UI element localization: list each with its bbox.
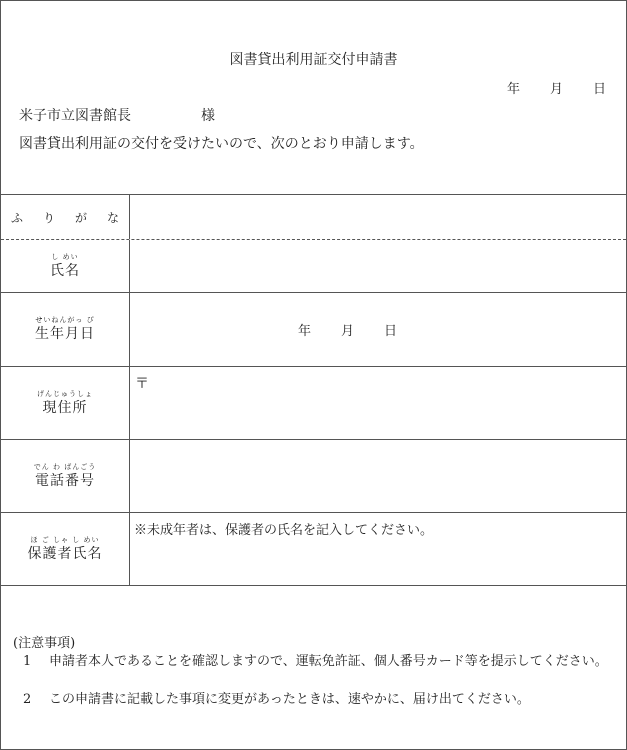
application-form: 図書貸出利用証交付申請書 年 月 日 米子市立図書館長 様 図書貸出利用証の交付… <box>0 0 627 750</box>
note-item: 2 この申請書に記載した事項に変更があったときは、速やかに、届け出てください。 <box>23 690 613 709</box>
row-guardian: ほ ご しゃ し めい 保護者氏名 ※未成年者は、保護者の氏名を記入してください… <box>1 512 626 585</box>
name-input[interactable] <box>130 240 626 292</box>
note-number: 1 <box>23 652 49 671</box>
birthdate-ruby: せいねんがっ ぴ <box>35 316 94 325</box>
note-number: 2 <box>23 690 49 709</box>
phone-input[interactable] <box>130 440 626 512</box>
address-label: 現住所 <box>43 399 88 417</box>
notes-section: (注意事項) 1 申請者本人であることを確認しますので、運転免許証、個人番号カー… <box>1 585 626 750</box>
date-year-label: 年 <box>507 78 520 97</box>
row-address: げんじゅうしょ 現住所 〒 <box>1 366 626 439</box>
date-day-label: 日 <box>593 78 606 97</box>
row-furigana: ふりがな <box>1 194 626 239</box>
guardian-label: 保護者氏名 <box>28 545 103 563</box>
row-phone: でん わ ばんごう 電話番号 <box>1 439 626 512</box>
guardian-label-cell: ほ ご しゃ し めい 保護者氏名 <box>1 513 130 585</box>
furigana-label: ふりがな <box>11 209 139 226</box>
row-birthdate: せいねんがっ ぴ 生年月日 年 月 日 <box>1 292 626 366</box>
birth-day-label: 日 <box>384 320 397 339</box>
date-month-label: 月 <box>550 78 563 97</box>
guardian-input[interactable]: ※未成年者は、保護者の氏名を記入してください。 <box>130 513 626 585</box>
note-item: 1 申請者本人であることを確認しますので、運転免許証、個人番号カード等を提示して… <box>23 652 613 671</box>
phone-ruby: でん わ ばんごう <box>34 463 96 472</box>
address-ruby: げんじゅうしょ <box>37 390 93 399</box>
name-label-cell: し めい 氏名 <box>1 240 130 292</box>
name-ruby: し めい <box>51 253 78 262</box>
birthdate-label-cell: せいねんがっ ぴ 生年月日 <box>1 293 130 366</box>
form-header: 図書貸出利用証交付申請書 年 月 日 米子市立図書館長 様 図書貸出利用証の交付… <box>1 1 626 194</box>
honorific: 様 <box>201 105 215 125</box>
name-label: 氏名 <box>50 262 80 280</box>
notes-title: (注意事項) <box>13 632 75 651</box>
application-date[interactable]: 年 月 日 <box>507 78 606 97</box>
birthdate-input[interactable]: 年 月 日 <box>130 293 626 366</box>
note-text: この申請書に記載した事項に変更があったときは、速やかに、届け出てください。 <box>49 690 613 709</box>
phone-label-cell: でん わ ばんごう 電話番号 <box>1 440 130 512</box>
row-name: し めい 氏名 <box>1 239 626 292</box>
birthdate-label: 生年月日 <box>35 325 95 343</box>
address-label-cell: げんじゅうしょ 現住所 <box>1 367 130 439</box>
guardian-note: ※未成年者は、保護者の氏名を記入してください。 <box>134 519 433 538</box>
birth-year-label: 年 <box>298 320 311 339</box>
furigana-input[interactable] <box>130 195 626 239</box>
phone-label: 電話番号 <box>35 472 95 490</box>
guardian-ruby: ほ ご しゃ し めい <box>31 536 100 545</box>
birth-month-label: 月 <box>341 320 354 339</box>
address-input[interactable]: 〒 <box>130 367 626 439</box>
furigana-label-cell: ふりがな <box>1 195 130 239</box>
addressee: 米子市立図書館長 様 <box>19 105 215 125</box>
note-text: 申請者本人であることを確認しますので、運転免許証、個人番号カード等を提示してくだ… <box>49 652 613 671</box>
addressee-name: 米子市立図書館長 <box>19 105 131 125</box>
intro-text: 図書貸出利用証の交付を受けたいので、次のとおり申請します。 <box>19 133 424 153</box>
form-title: 図書貸出利用証交付申請書 <box>1 49 626 69</box>
postal-mark-icon: 〒 <box>135 373 149 393</box>
